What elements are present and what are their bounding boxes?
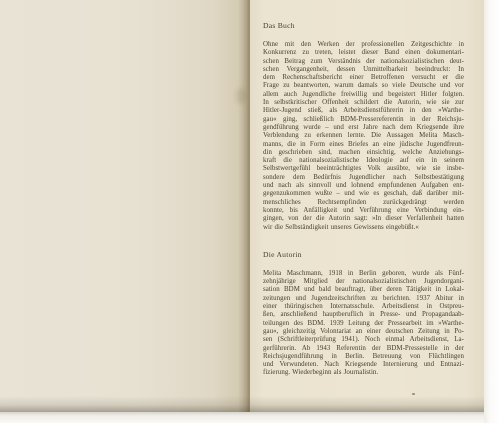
text-line: menschliches Rechtsempfinden zurückgedrä… (263, 199, 464, 207)
open-book-photo: Das BuchOhne mit den Werken der professi… (0, 0, 484, 423)
text-line: Verblendung zu erkennen lernte. Die Auss… (263, 132, 464, 140)
text-line: ßen, anschließend hauptberuflich in Pres… (263, 311, 464, 319)
paper-smudge (236, 88, 246, 104)
text-line: gendführung wurde – und erst Jahre nach … (263, 124, 464, 132)
text-line: schen Beitrag zum Verständnis der nation… (263, 58, 464, 66)
right-text-page: Das BuchOhne mit den Werken der professi… (250, 0, 484, 412)
text-line: zehnjährige Mitglied der nationalsoziali… (263, 278, 464, 286)
photo-right-margin (484, 0, 500, 423)
blurb-text-block: Das BuchOhne mit den Werken der professi… (263, 21, 464, 396)
text-line: sen (Schriftleiterprüfung 1941). Noch ei… (263, 336, 464, 344)
text-line: gerführerin. Ab 1943 Referentin der BDM-… (263, 345, 464, 353)
text-line: dem Rechenschaftsbericht einer Betroffen… (263, 74, 464, 82)
text-line: teilungen des BDM. 1939 Leitung der Pres… (263, 320, 464, 328)
paper-speck (412, 393, 415, 395)
text-line: gegenzukommen wußte – und wie es geschah… (263, 190, 464, 198)
text-line: einer thüringischen Internatsschule. Arb… (263, 303, 464, 311)
text-line: fizierung. Wiederbeginn als Journalistin… (263, 369, 464, 377)
text-line: schen Vergangenheit, dessen Unmittelbark… (263, 66, 464, 74)
text-line: gingen, von der die Autorin sagt: »In di… (263, 215, 464, 223)
text-line: wir die Selbständigkeit unseres Gewissen… (263, 224, 464, 232)
photo-bottom-edge (0, 412, 484, 423)
text-line: din geschrieben sind, machen einsichtig,… (263, 149, 464, 157)
left-blank-page (0, 0, 250, 412)
text-line: Hitler-Jugend stieß, als Arbeitsdienstfü… (263, 107, 464, 115)
text-line: und Verwundeten. Nach Kriegsende Interni… (263, 361, 464, 369)
text-line: zeitungen und Jugendzeitschriften zu ber… (263, 295, 464, 303)
text-line: Reichsjugendführung in Berlin. Betreuung… (263, 353, 464, 361)
text-line: gau« ging, schließlich BDM-Pressereferen… (263, 116, 464, 124)
text-line: gau«, gleichzeitig Volontariat an einer … (263, 328, 464, 336)
paragraph: Melita Maschmann, 1918 in Berlin geboren… (263, 270, 464, 378)
text-line: konnte, bis Anfälligkeit und Verführung … (263, 207, 464, 215)
text-line: sation BDM und bald beauftragt, über der… (263, 286, 464, 294)
text-line: und nach als sinnvoll und lohnend empfun… (263, 182, 464, 190)
paragraph: Ohne mit den Werken der professionellen … (263, 41, 464, 232)
text-line: Konkurrenz zu treten, leistet dieser Ban… (263, 49, 464, 57)
text-line: Selbstwertgefühl beeinträchtigtes Volk a… (263, 165, 464, 173)
page-bottom-shadow (0, 396, 484, 412)
book-product-photo: Das BuchOhne mit den Werken der professi… (0, 0, 500, 423)
text-line: manns, die in Form eines Briefes an eine… (263, 141, 464, 149)
text-line: In selbstkritischer Offenheit schildert … (263, 99, 464, 107)
text-line: Melita Maschmann, 1918 in Berlin geboren… (263, 270, 464, 278)
text-line: sondere dem Bedürfnis Jugendlicher nach … (263, 174, 464, 182)
section-heading: Die Autorin (263, 250, 464, 259)
text-line: Ohne mit den Werken der professionellen … (263, 41, 464, 49)
text-line: kraft die nationalsozialistische Ideolog… (263, 157, 464, 165)
section-heading: Das Buch (263, 21, 464, 30)
text-line: Frage zu beantworten, warum damals so vi… (263, 82, 464, 90)
text-line: allem auch Jugendliche freiwillig und be… (263, 91, 464, 99)
